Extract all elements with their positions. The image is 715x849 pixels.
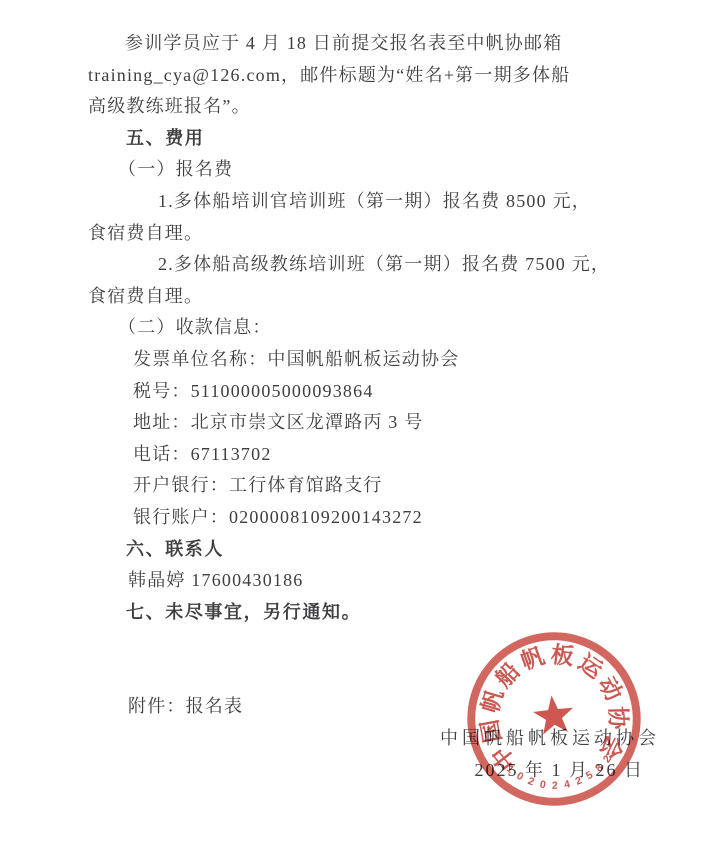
doc-line: 高级教练班报名”。: [88, 91, 660, 123]
seal-char: 帆: [477, 686, 508, 715]
document-page: 参训学员应于 4 月 18 日前提交报名表至中帆协邮箱training_cya@…: [0, 0, 715, 849]
doc-line: 开户银行：工行体育馆路支行: [88, 470, 660, 502]
seal-char: 2: [526, 775, 536, 788]
section-heading-misc: 七、未尽事宜，另行通知。: [88, 597, 660, 629]
doc-line: 1.多体船培训官培训班（第一期）报名费 8500 元，: [88, 186, 660, 218]
seal-char: 国: [476, 717, 506, 745]
official-seal: 中国帆船帆板运动协会 1020242582: [457, 622, 650, 815]
doc-line: （二）收款信息：: [88, 312, 660, 344]
section-heading-contact: 六、联系人: [88, 534, 660, 566]
seal-char: 帆: [517, 642, 547, 674]
section-heading-fee: 五、费用: [88, 123, 660, 155]
seal-char: 0: [539, 779, 547, 792]
seal-char: 板: [549, 641, 575, 670]
doc-line: 地址：北京市崇文区龙潭路丙 3 号: [88, 407, 660, 439]
seal-char: 8: [593, 762, 606, 775]
doc-line: 发票单位名称：中国帆船帆板运动协会: [88, 344, 660, 376]
doc-line: （一）报名费: [88, 154, 660, 186]
seal-char: 4: [563, 778, 571, 791]
doc-line: training_cya@126.com，邮件标题为“姓名+第一期多体船: [88, 60, 660, 92]
seal-char: 协: [605, 706, 631, 730]
doc-line: 银行账户：0200008109200143272: [88, 502, 660, 534]
seal-char: 0: [514, 770, 525, 783]
doc-line: 韩晶婷 17600430186: [88, 565, 660, 597]
seal-star-icon: [532, 693, 576, 735]
doc-line: 税号：511000005000093864: [88, 376, 660, 408]
doc-line: 电话：67113702: [88, 439, 660, 471]
doc-line: 食宿费自理。: [88, 281, 660, 313]
seal-char: 2: [552, 780, 558, 792]
seal-char: 5: [584, 769, 595, 782]
doc-line: 食宿费自理。: [88, 218, 660, 250]
seal-char: 2: [574, 774, 584, 787]
doc-line: 参训学员应于 4 月 18 日前提交报名表至中帆协邮箱: [88, 28, 660, 60]
doc-line: 2.多体船高级教练培训班（第一期）报名费 7500 元，: [88, 249, 660, 281]
